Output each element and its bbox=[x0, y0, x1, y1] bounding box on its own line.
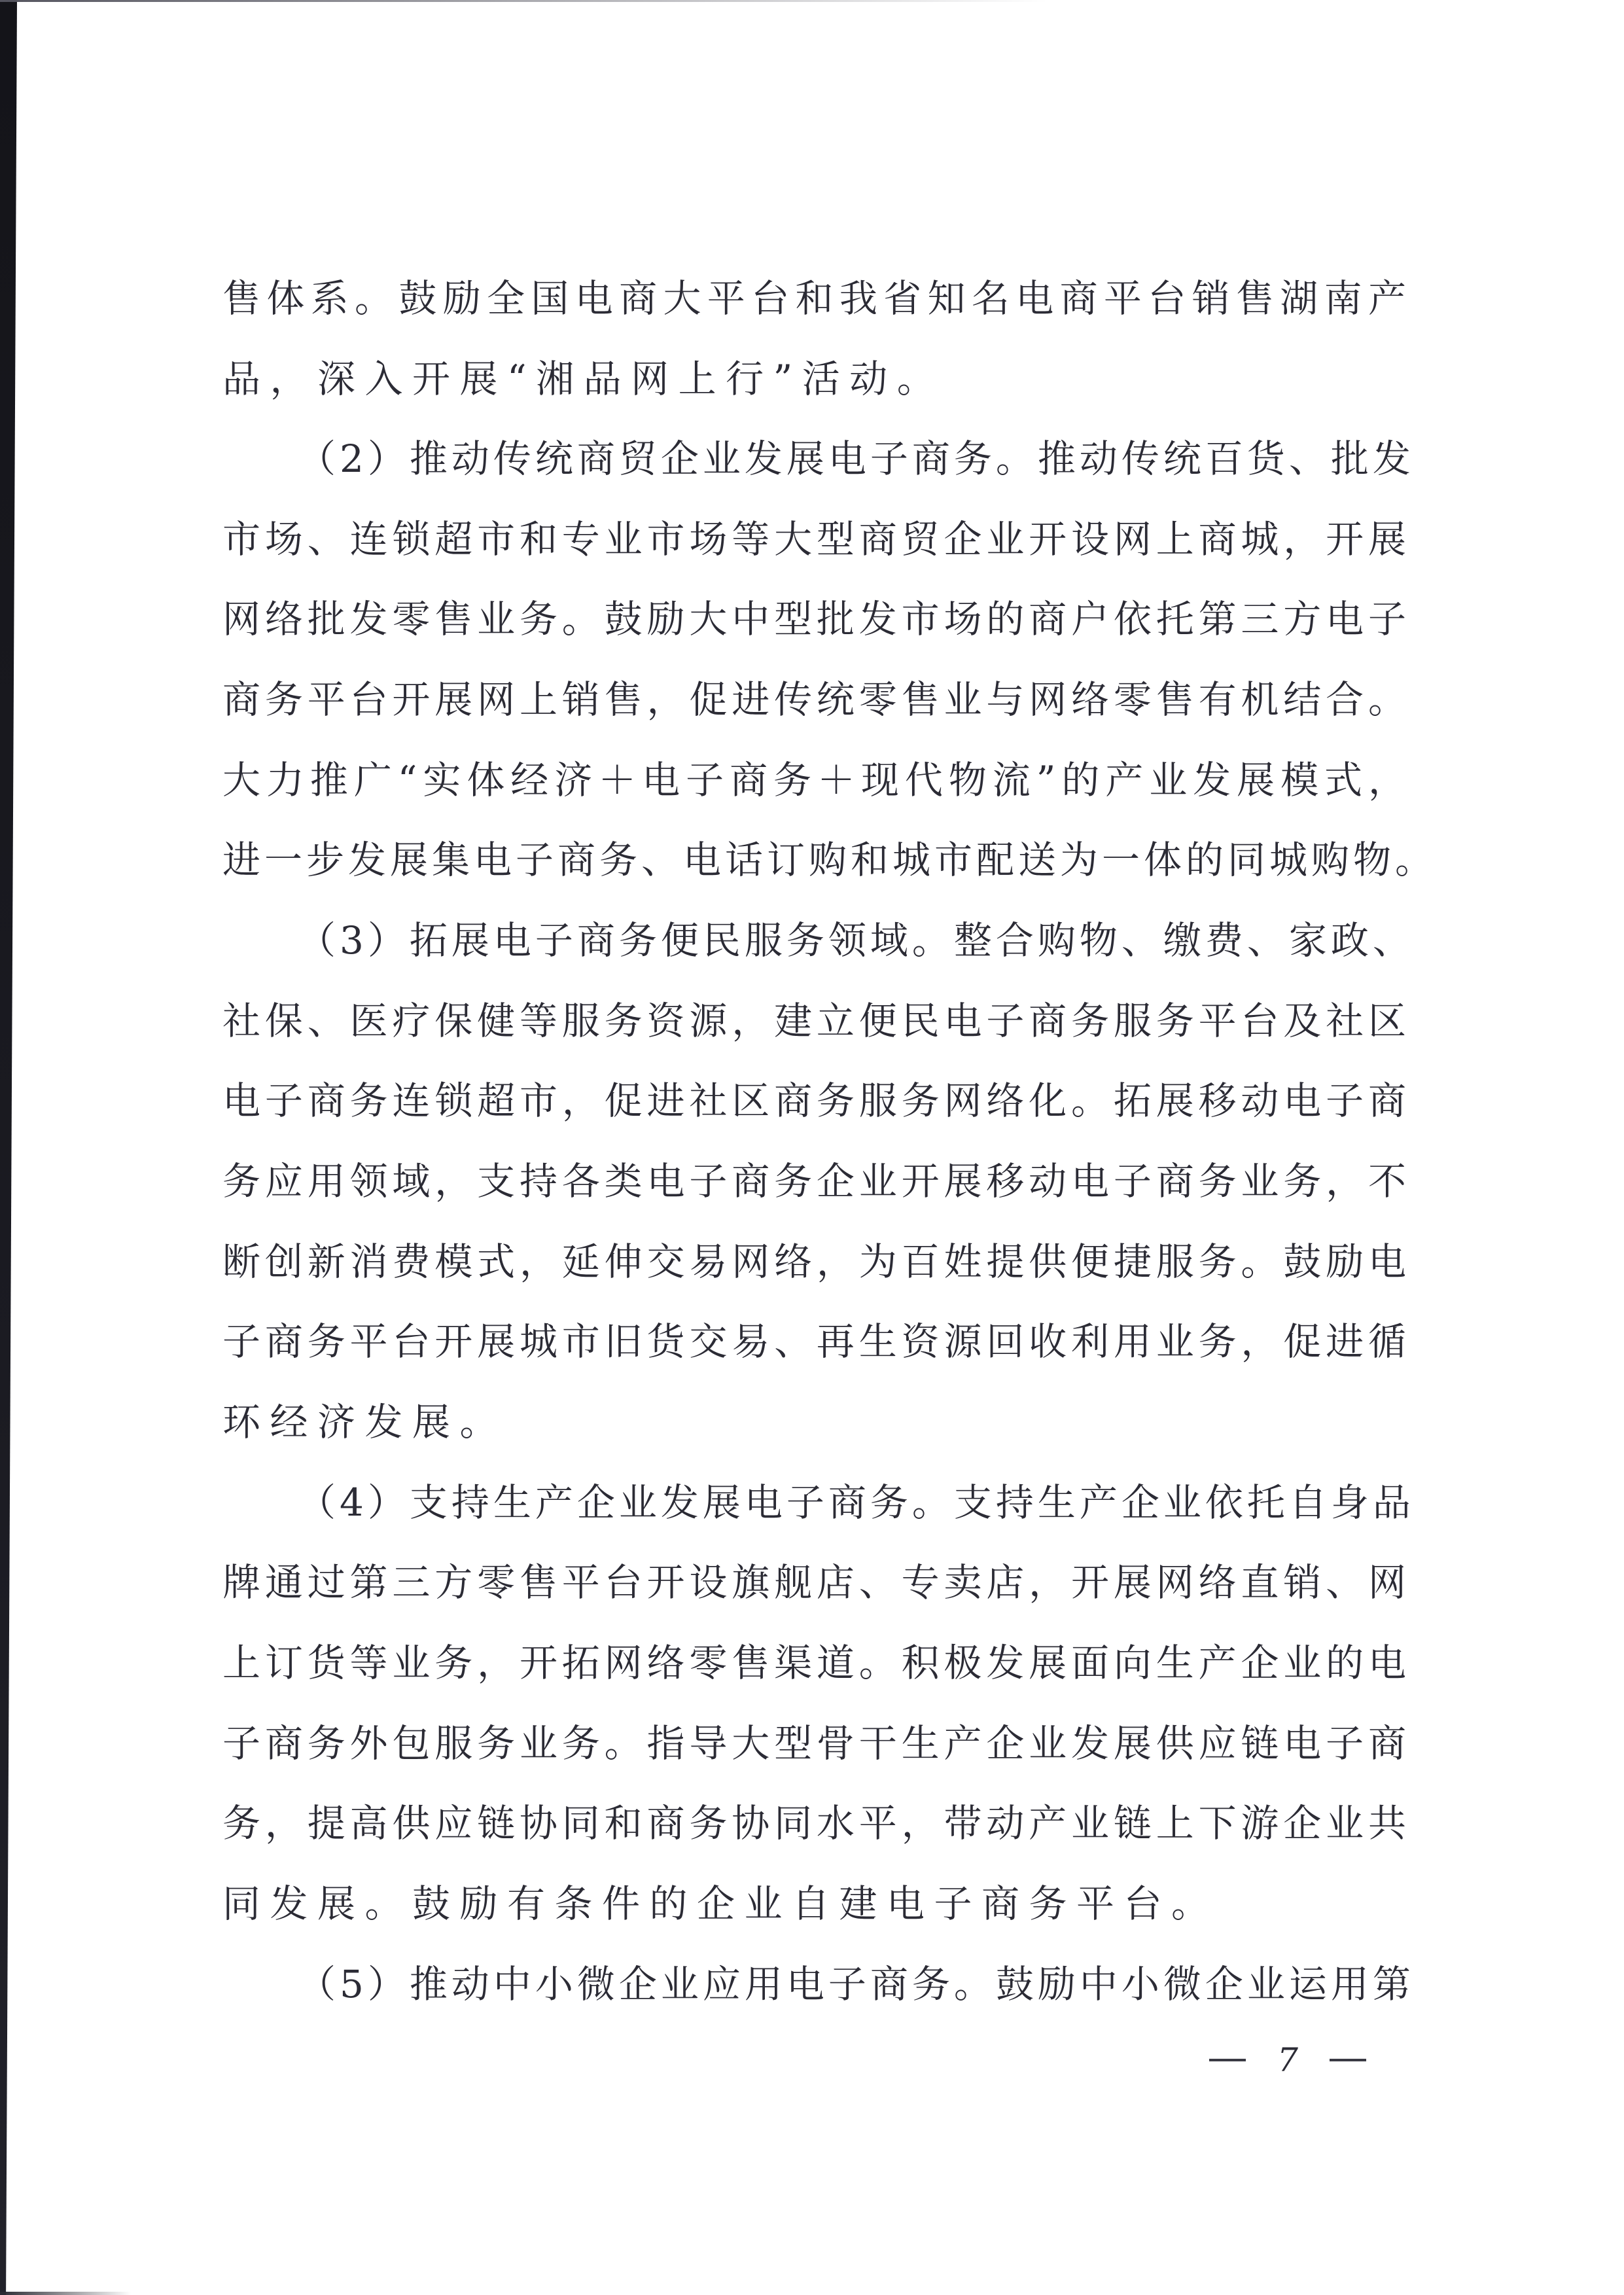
text-line: 务，提高供应链协同和商务协同水平，带动产业链上下游企业共 bbox=[222, 1800, 1410, 1847]
paragraph-heading-line: （2）推动传统商贸企业发展电子商务。推动传统百货、批发 bbox=[298, 435, 1410, 482]
text-line: 断创新消费模式，延伸交易网络，为百姓提供便捷服务。鼓励电 bbox=[222, 1238, 1410, 1285]
paragraph-heading-line: （5）推动中小微企业应用电子商务。鼓励中小微企业运用第 bbox=[298, 1961, 1410, 2008]
text-line: 电子商务连锁超市，促进社区商务服务网络化。拓展移动电子商 bbox=[222, 1077, 1410, 1124]
paragraph-heading-line: （4）支持生产企业发展电子商务。支持生产企业依托自身品 bbox=[298, 1479, 1410, 1526]
text-line: 商务平台开展网上销售，促进传统零售业与网络零售有机结合。 bbox=[222, 676, 1410, 723]
text-line: 网络批发零售业务。鼓励大中型批发市场的商户依托第三方电子 bbox=[222, 596, 1410, 643]
text-line: 环经济发展。 bbox=[222, 1398, 1410, 1446]
text-line: 子商务平台开展城市旧货交易、再生资源回收利用业务，促进循 bbox=[222, 1318, 1410, 1365]
text-line: 上订货等业务，开拓网络零售渠道。积极发展面向生产企业的电 bbox=[222, 1639, 1410, 1686]
text-line: 牌通过第三方零售平台开设旗舰店、专卖店，开展网络直销、网 bbox=[222, 1559, 1410, 1606]
text-line: 大力推广“实体经济＋电子商务＋现代物流”的产业发展模式， bbox=[222, 756, 1410, 804]
text-line: 品，深入开展“湘品网上行”活动。 bbox=[222, 355, 1410, 402]
text-line: 同发展。鼓励有条件的企业自建电子商务平台。 bbox=[222, 1880, 1410, 1927]
text-line: 售体系。鼓励全国电商大平台和我省知名电商平台销售湖南产 bbox=[222, 275, 1410, 322]
document-page: 售体系。鼓励全国电商大平台和我省知名电商平台销售湖南产 品，深入开展“湘品网上行… bbox=[0, 0, 1624, 2295]
text-line: 子商务外包服务业务。指导大型骨干生产企业发展供应链电子商 bbox=[222, 1720, 1410, 1767]
text-line: 市场、连锁超市和专业市场等大型商贸企业开设网上商城，开展 bbox=[222, 516, 1410, 563]
text-line: 务应用领域，支持各类电子商务企业开展移动电子商务业务，不 bbox=[222, 1158, 1410, 1205]
page-number-dash-left bbox=[1209, 2059, 1246, 2061]
paragraph-heading-line: （3）拓展电子商务便民服务领域。整合购物、缴费、家政、 bbox=[298, 917, 1410, 964]
page-number-value: 7 bbox=[1277, 2040, 1298, 2080]
page-number: 7 bbox=[1209, 2040, 1366, 2080]
page-number-dash-right bbox=[1330, 2059, 1366, 2061]
text-line: 进一步发展集电子商务、电话订购和城市配送为一体的同城购物。 bbox=[222, 836, 1410, 883]
text-line: 社保、医疗保健等服务资源，建立便民电子商务服务平台及社区 bbox=[222, 997, 1410, 1044]
